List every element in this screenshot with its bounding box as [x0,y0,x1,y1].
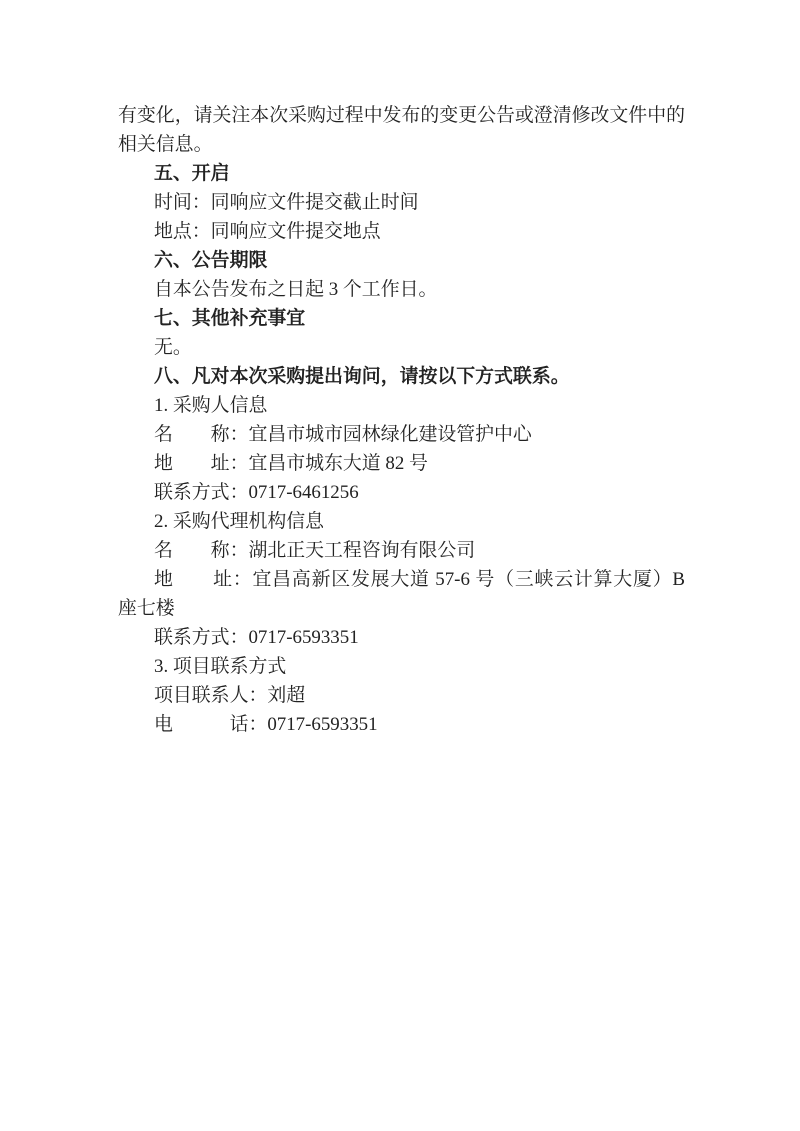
notice-period-line: 自本公告发布之日起 3 个工作日。 [118,275,685,304]
document-content: 有变化，请关注本次采购过程中发布的变更公告或澄清修改文件中的 相关信息。 五、开… [118,101,685,739]
open-time-line: 时间：同响应文件提交截止时间 [118,188,685,217]
section-heading-other-matters: 七、其他补充事宜 [118,304,685,333]
purchaser-address-line: 地 址：宜昌市城东大道 82 号 [118,449,685,478]
other-matters-none-line: 无。 [118,333,685,362]
agency-address-continuation-line: 座七楼 [118,594,685,623]
project-contact-title: 3. 项目联系方式 [118,652,685,681]
paragraph-continuation-line: 有变化，请关注本次采购过程中发布的变更公告或澄清修改文件中的 [118,101,685,130]
agency-name-line: 名 称：湖北正天工程咨询有限公司 [118,536,685,565]
agency-info-title: 2. 采购代理机构信息 [118,507,685,536]
agency-phone-line: 联系方式：0717-6593351 [118,623,685,652]
section-heading-notice-period: 六、公告期限 [118,246,685,275]
project-contact-person-line: 项目联系人：刘超 [118,681,685,710]
section-heading-inquiry-contact: 八、凡对本次采购提出询问，请按以下方式联系。 [118,362,685,391]
purchaser-name-line: 名 称：宜昌市城市园林绿化建设管护中心 [118,420,685,449]
document-page: 有变化，请关注本次采购过程中发布的变更公告或澄清修改文件中的 相关信息。 五、开… [0,0,800,1131]
agency-address-line: 地 址：宜昌高新区发展大道 57-6 号（三峡云计算大厦）B [118,565,685,594]
section-heading-open: 五、开启 [118,159,685,188]
project-contact-phone-line: 电 话：0717-6593351 [118,710,685,739]
purchaser-info-title: 1. 采购人信息 [118,391,685,420]
open-place-line: 地点：同响应文件提交地点 [118,217,685,246]
paragraph-continuation-line: 相关信息。 [118,130,685,159]
purchaser-phone-line: 联系方式：0717-6461256 [118,478,685,507]
